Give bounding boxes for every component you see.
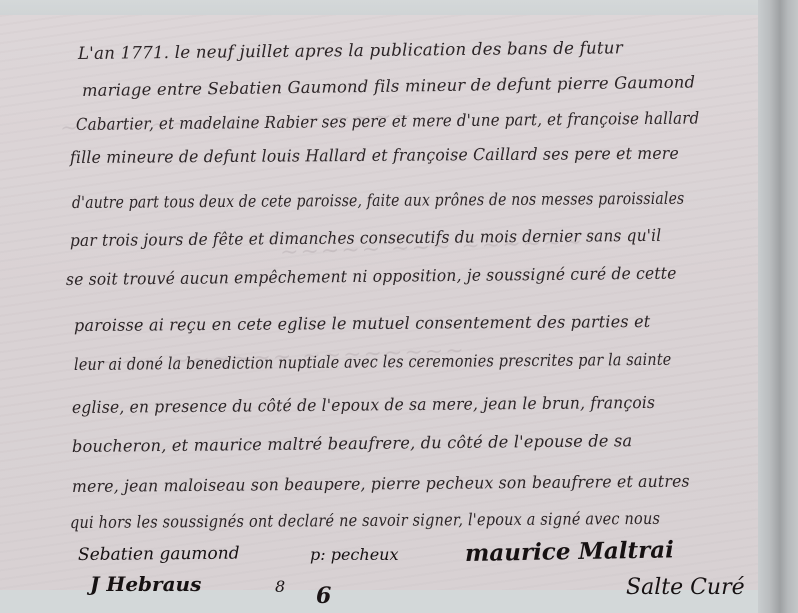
signature-witness-pecheux: p: pecheux [310, 545, 399, 564]
signature-groom: Sebatien gaumond [78, 544, 240, 565]
marginal-mark: 6 [316, 583, 331, 609]
signature-witness-maurice: maurice Maltrai [465, 536, 674, 567]
page-binding-edge [758, 0, 798, 613]
scan-top-margin [0, 0, 760, 16]
record-line-8: paroisse ai reçu en cete eglise le mutue… [74, 312, 650, 335]
signature-witness-hebraus: J Hebraus [90, 572, 201, 596]
signature-cure: Salte Curé [626, 575, 745, 600]
marginal-mark: 8 [275, 577, 285, 596]
document-page [0, 15, 758, 593]
